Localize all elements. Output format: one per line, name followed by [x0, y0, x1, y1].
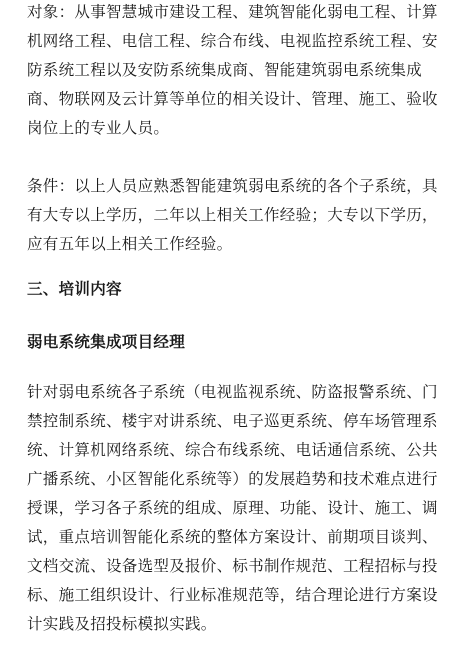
target-audience-paragraph: 对象：从事智慧城市建设工程、建筑智能化弱电工程、计算机网络工程、电信工程、综合布…	[27, 0, 447, 143]
training-content-paragraph: 针对弱电系统各子系统（电视监视系统、防盗报警系统、门禁控制系统、楼宇对讲系统、电…	[27, 378, 447, 639]
section-heading: 三、培训内容	[27, 275, 122, 304]
requirements-paragraph: 条件：以上人员应熟悉智能建筑弱电系统的各个子系统，具有大专以上学历，二年以上相关…	[27, 172, 447, 259]
subsection-heading: 弱电系统集成项目经理	[27, 328, 185, 357]
